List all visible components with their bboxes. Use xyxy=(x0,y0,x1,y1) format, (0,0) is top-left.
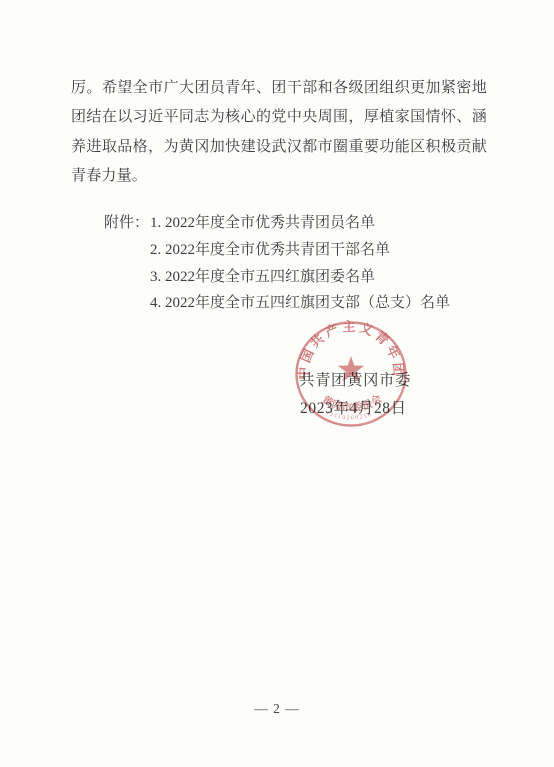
attachments-list: 1. 2022年度全市优秀共青团员名单 2. 2022年度全市优秀共青团干部名单… xyxy=(150,210,450,317)
attachments-label: 附件： xyxy=(104,210,149,317)
attachment-item-4: 4. 2022年度全市五四红旗团支部（总支）名单 xyxy=(150,290,450,317)
page-number: — 2 — xyxy=(0,701,554,717)
attachment-item-1: 1. 2022年度全市优秀共青团员名单 xyxy=(150,210,450,237)
seal-org-text: 黄冈市委员会 xyxy=(320,392,385,415)
seal-star-icon xyxy=(338,356,365,381)
body-paragraph: 厉。希望全市广大团员青年、团干部和各级团组织更加紧密地团结在以习近平同志为核心的… xyxy=(71,74,487,191)
attachments-block: 附件： 1. 2022年度全市优秀共青团员名单 2. 2022年度全市优秀共青团… xyxy=(104,210,450,317)
document-page: 厉。希望全市广大团员青年、团干部和各级团组织更加紧密地团结在以习近平同志为核心的… xyxy=(0,0,554,767)
official-seal: 中国共产主义青年团 黄冈市委员会 42110260210 xyxy=(293,320,409,428)
attachment-item-2: 2. 2022年度全市优秀共青团干部名单 xyxy=(150,237,450,264)
attachment-item-3: 3. 2022年度全市五四红旗团委名单 xyxy=(150,264,450,291)
